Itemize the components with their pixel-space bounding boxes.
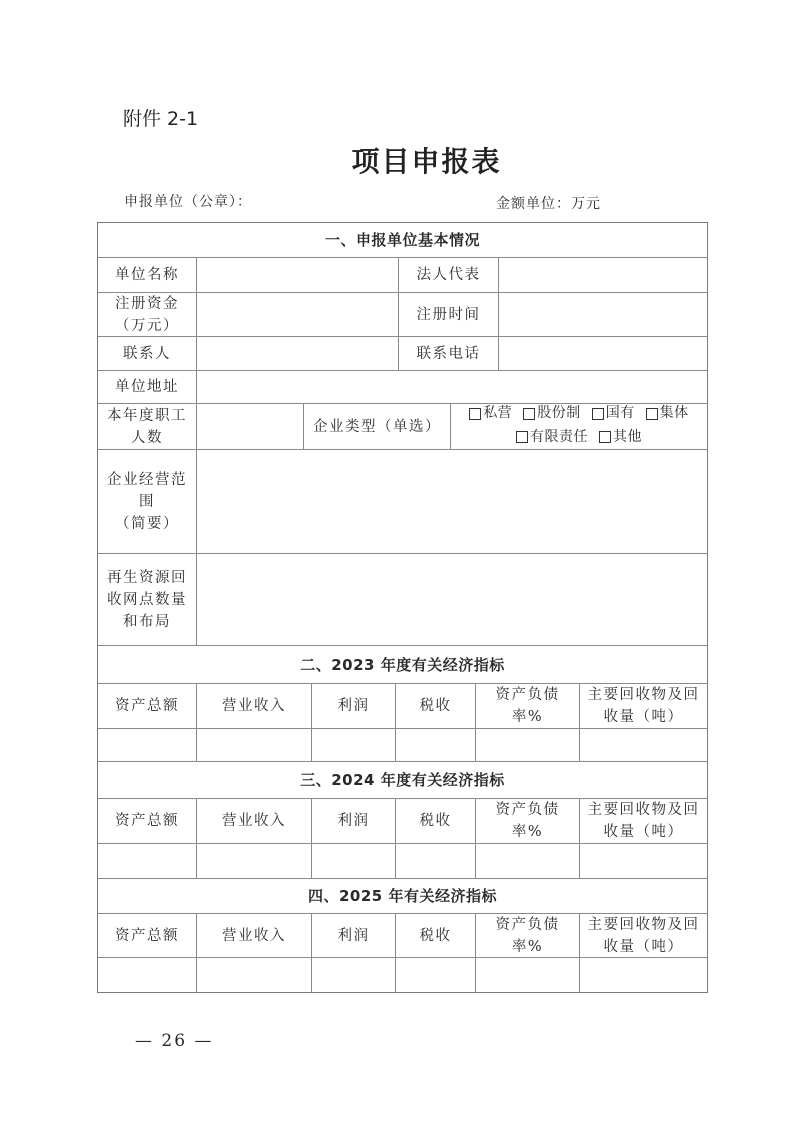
profit-2023-field[interactable]: [312, 729, 396, 761]
address-label: 单位地址: [98, 371, 197, 403]
reg-capital-label-line2: （万元）: [115, 315, 179, 337]
recycling-network-field[interactable]: [197, 554, 707, 645]
col-recycling-line1: 主要回收物及回: [588, 684, 700, 706]
total-assets-2023-field[interactable]: [98, 729, 197, 761]
unit-name-field[interactable]: [197, 258, 399, 292]
checkbox-icon: [469, 408, 481, 420]
recycling-network-label-line3: 和布局: [123, 611, 171, 633]
recycling-volume-2024-field[interactable]: [580, 844, 707, 878]
section-3-title: 三、2024 年度有关经济指标: [98, 762, 707, 798]
address-field[interactable]: [197, 371, 707, 403]
revenue-2025-field[interactable]: [197, 958, 312, 992]
section-4-title: 四、2025 年有关经济指标: [98, 879, 707, 913]
section-1-header: 一、申报单位基本情况: [98, 223, 707, 258]
debt-ratio-2023-field[interactable]: [476, 729, 580, 761]
staff-count-label-line1: 本年度职工: [107, 405, 187, 427]
col-debt-ratio-line2: 率%: [512, 936, 543, 958]
table-row: 单位地址: [98, 371, 707, 404]
col-debt-ratio-line2: 率%: [512, 706, 543, 728]
reg-time-label: 注册时间: [399, 293, 499, 336]
col-debt-ratio: 资产负债 率%: [476, 684, 580, 728]
col-recycling-line2: 收量（吨）: [604, 706, 684, 728]
legal-rep-label: 法人代表: [399, 258, 499, 292]
tax-2024-field[interactable]: [396, 844, 476, 878]
table-row: 企业经营范 围 （简要）: [98, 450, 707, 554]
profit-2025-field[interactable]: [312, 958, 396, 992]
legal-rep-field[interactable]: [499, 258, 707, 292]
checkbox-icon: [646, 408, 658, 420]
col-tax: 税收: [396, 799, 476, 843]
recycling-network-label-line1: 再生资源回: [107, 567, 187, 589]
company-type-options: 私营 股份制 国有 集体 有限责任 其他: [451, 404, 707, 449]
company-type-other-checkbox[interactable]: 其他: [599, 427, 642, 448]
contact-phone-field[interactable]: [499, 337, 707, 370]
recycling-network-label: 再生资源回 收网点数量 和布局: [98, 554, 197, 645]
business-scope-label-line1: 企业经营范: [107, 469, 187, 491]
col-recycling-volume: 主要回收物及回 收量（吨）: [580, 684, 707, 728]
staff-count-label: 本年度职工 人数: [98, 404, 197, 449]
tax-2025-field[interactable]: [396, 958, 476, 992]
company-type-collective-checkbox[interactable]: 集体: [646, 403, 689, 424]
indicator-header-row-2025: 资产总额 营业收入 利润 税收 资产负债 率% 主要回收物及回 收量（吨）: [98, 914, 707, 958]
business-scope-label-line2: 围: [139, 491, 155, 513]
staff-count-field[interactable]: [197, 404, 304, 449]
col-debt-ratio: 资产负债 率%: [476, 914, 580, 957]
col-recycling-line2: 收量（吨）: [604, 936, 684, 958]
col-total-assets: 资产总额: [98, 914, 197, 957]
col-total-assets: 资产总额: [98, 684, 197, 728]
section-3-header: 三、2024 年度有关经济指标: [98, 762, 707, 799]
recycling-volume-2023-field[interactable]: [580, 729, 707, 761]
business-scope-field[interactable]: [197, 450, 707, 553]
indicator-header-row-2023: 资产总额 营业收入 利润 税收 资产负债 率% 主要回收物及回 收量（吨）: [98, 684, 707, 729]
col-total-assets: 资产总额: [98, 799, 197, 843]
indicator-data-row-2023: [98, 729, 707, 762]
reg-time-field[interactable]: [499, 293, 707, 336]
col-profit: 利润: [312, 914, 396, 957]
table-row: 联系人 联系电话: [98, 337, 707, 371]
reg-capital-label-line1: 注册资金: [115, 293, 179, 315]
business-scope-label: 企业经营范 围 （简要）: [98, 450, 197, 553]
col-profit: 利润: [312, 799, 396, 843]
section-4-header: 四、2025 年有关经济指标: [98, 879, 707, 914]
col-revenue: 营业收入: [197, 684, 312, 728]
revenue-2024-field[interactable]: [197, 844, 312, 878]
company-type-state-owned-checkbox[interactable]: 国有: [592, 403, 635, 424]
table-row: 注册资金 （万元） 注册时间: [98, 293, 707, 337]
col-tax: 税收: [396, 914, 476, 957]
reg-capital-field[interactable]: [197, 293, 399, 336]
revenue-2023-field[interactable]: [197, 729, 312, 761]
company-type-limited-liability-checkbox[interactable]: 有限责任: [516, 427, 588, 448]
contact-field[interactable]: [197, 337, 399, 370]
section-1-title: 一、申报单位基本情况: [98, 223, 707, 257]
col-recycling-volume: 主要回收物及回 收量（吨）: [580, 799, 707, 843]
col-recycling-volume: 主要回收物及回 收量（吨）: [580, 914, 707, 957]
business-scope-label-line3: （简要）: [115, 513, 179, 535]
col-revenue: 营业收入: [197, 799, 312, 843]
debt-ratio-2024-field[interactable]: [476, 844, 580, 878]
section-2-title: 二、2023 年度有关经济指标: [98, 646, 707, 683]
table-row: 再生资源回 收网点数量 和布局: [98, 554, 707, 646]
contact-phone-label: 联系电话: [399, 337, 499, 370]
indicator-data-row-2025: [98, 958, 707, 992]
unit-name-label: 单位名称: [98, 258, 197, 292]
col-debt-ratio: 资产负债 率%: [476, 799, 580, 843]
recycling-volume-2025-field[interactable]: [580, 958, 707, 992]
col-debt-ratio-line2: 率%: [512, 821, 543, 843]
total-assets-2025-field[interactable]: [98, 958, 197, 992]
company-type-joint-stock-checkbox[interactable]: 股份制: [523, 403, 581, 424]
indicator-data-row-2024: [98, 844, 707, 879]
col-revenue: 营业收入: [197, 914, 312, 957]
table-row: 本年度职工 人数 企业类型（单选） 私营 股份制 国有 集体 有限责任 其他: [98, 404, 707, 450]
company-type-label: 企业类型（单选）: [304, 404, 451, 449]
col-profit: 利润: [312, 684, 396, 728]
checkbox-icon: [592, 408, 604, 420]
page-title: 项目申报表: [0, 140, 793, 180]
tax-2023-field[interactable]: [396, 729, 476, 761]
checkbox-icon: [516, 431, 528, 443]
checkbox-icon: [523, 408, 535, 420]
contact-label: 联系人: [98, 337, 197, 370]
profit-2024-field[interactable]: [312, 844, 396, 878]
application-form-table: 一、申报单位基本情况 单位名称 法人代表 注册资金 （万元） 注册时间 联系人 …: [97, 222, 708, 993]
staff-count-label-line2: 人数: [131, 427, 163, 449]
applicant-unit-label: 申报单位（公章）：: [124, 191, 252, 211]
col-tax: 税收: [396, 684, 476, 728]
recycling-network-label-line2: 收网点数量: [107, 589, 187, 611]
attachment-label: 附件 2-1: [123, 104, 198, 131]
col-recycling-line1: 主要回收物及回: [588, 914, 700, 936]
company-type-private-checkbox[interactable]: 私营: [469, 403, 512, 424]
indicator-header-row-2024: 资产总额 营业收入 利润 税收 资产负债 率% 主要回收物及回 收量（吨）: [98, 799, 707, 844]
col-recycling-line1: 主要回收物及回: [588, 799, 700, 821]
col-debt-ratio-line1: 资产负债: [496, 799, 560, 821]
col-debt-ratio-line1: 资产负债: [496, 914, 560, 936]
page-number: — 26 —: [135, 1031, 213, 1051]
section-2-header: 二、2023 年度有关经济指标: [98, 646, 707, 684]
amount-unit-label: 金额单位：万元: [496, 193, 601, 213]
col-recycling-line2: 收量（吨）: [604, 821, 684, 843]
table-row: 单位名称 法人代表: [98, 258, 707, 293]
col-debt-ratio-line1: 资产负债: [496, 684, 560, 706]
checkbox-icon: [599, 431, 611, 443]
total-assets-2024-field[interactable]: [98, 844, 197, 878]
debt-ratio-2025-field[interactable]: [476, 958, 580, 992]
reg-capital-label: 注册资金 （万元）: [98, 293, 197, 336]
